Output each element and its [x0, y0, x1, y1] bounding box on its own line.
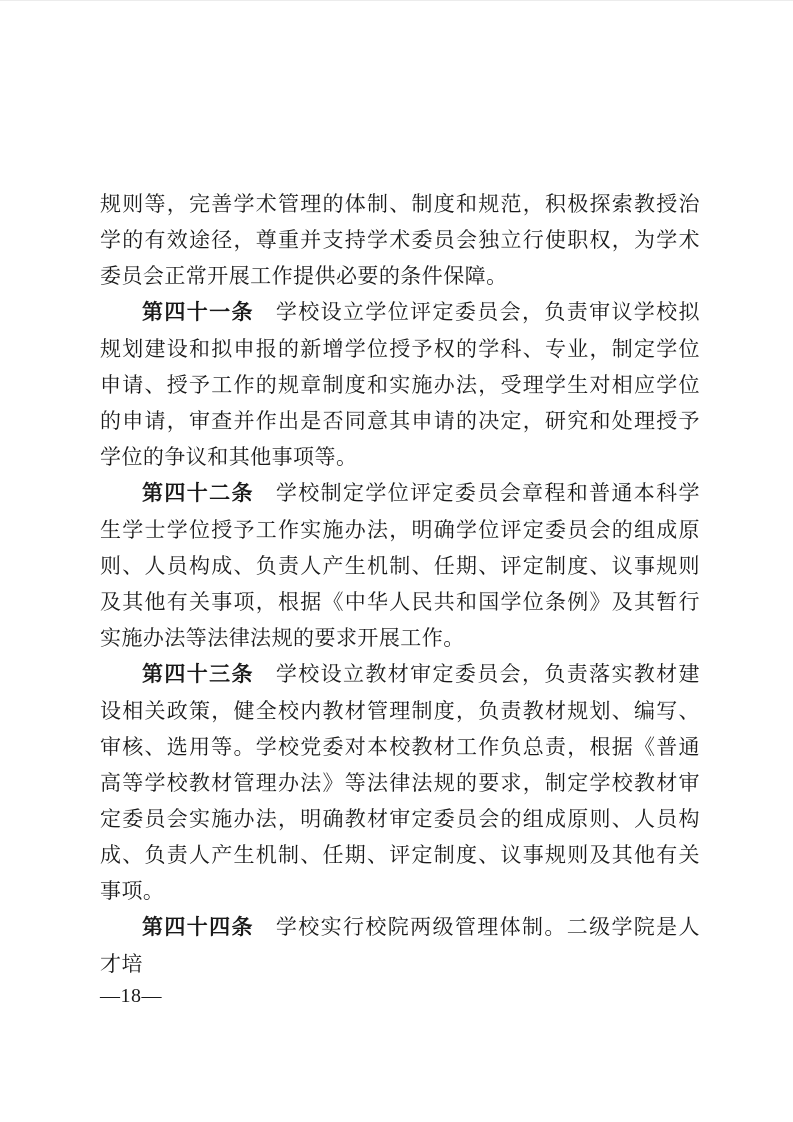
scan-edge-line: [0, 0, 793, 1]
paragraph: 第四十一条学校设立学位评定委员会，负责审议学校拟规划建设和拟申报的新增学位授予权…: [100, 294, 700, 475]
paragraph-text: 规则等，完善学术管理的体制、制度和规范，积极探索教授治学的有效途径，尊重并支持学…: [100, 192, 700, 288]
paragraph: 第四十四条学校实行校院两级管理体制。二级学院是人才培: [100, 909, 700, 982]
article-number: 第四十四条: [142, 916, 254, 939]
article-number: 第四十二条: [142, 482, 254, 505]
paragraph: 规则等，完善学术管理的体制、制度和规范，积极探索教授治学的有效途径，尊重并支持学…: [100, 186, 700, 294]
paragraph-text: 学校制定学位评定委员会章程和普通本科学生学士学位授予工作实施办法，明确学位评定委…: [100, 481, 700, 650]
paragraph-text: 学校设立教材审定委员会，负责落实教材建设相关政策，健全校内教材管理制度，负责教材…: [100, 662, 700, 903]
article-number: 第四十三条: [142, 663, 254, 686]
page-number: —18—: [100, 982, 162, 1010]
document-page: 规则等，完善学术管理的体制、制度和规范，积极探索教授治学的有效途径，尊重并支持学…: [0, 0, 793, 1122]
document-body: 规则等，完善学术管理的体制、制度和规范，积极探索教授治学的有效途径，尊重并支持学…: [100, 186, 700, 982]
paragraph-text: 学校设立学位评定委员会，负责审议学校拟规划建设和拟申报的新增学位授予权的学科、专…: [100, 300, 700, 469]
article-number: 第四十一条: [142, 301, 254, 324]
paragraph: 第四十二条学校制定学位评定委员会章程和普通本科学生学士学位授予工作实施办法，明确…: [100, 475, 700, 656]
paragraph: 第四十三条学校设立教材审定委员会，负责落实教材建设相关政策，健全校内教材管理制度…: [100, 656, 700, 909]
